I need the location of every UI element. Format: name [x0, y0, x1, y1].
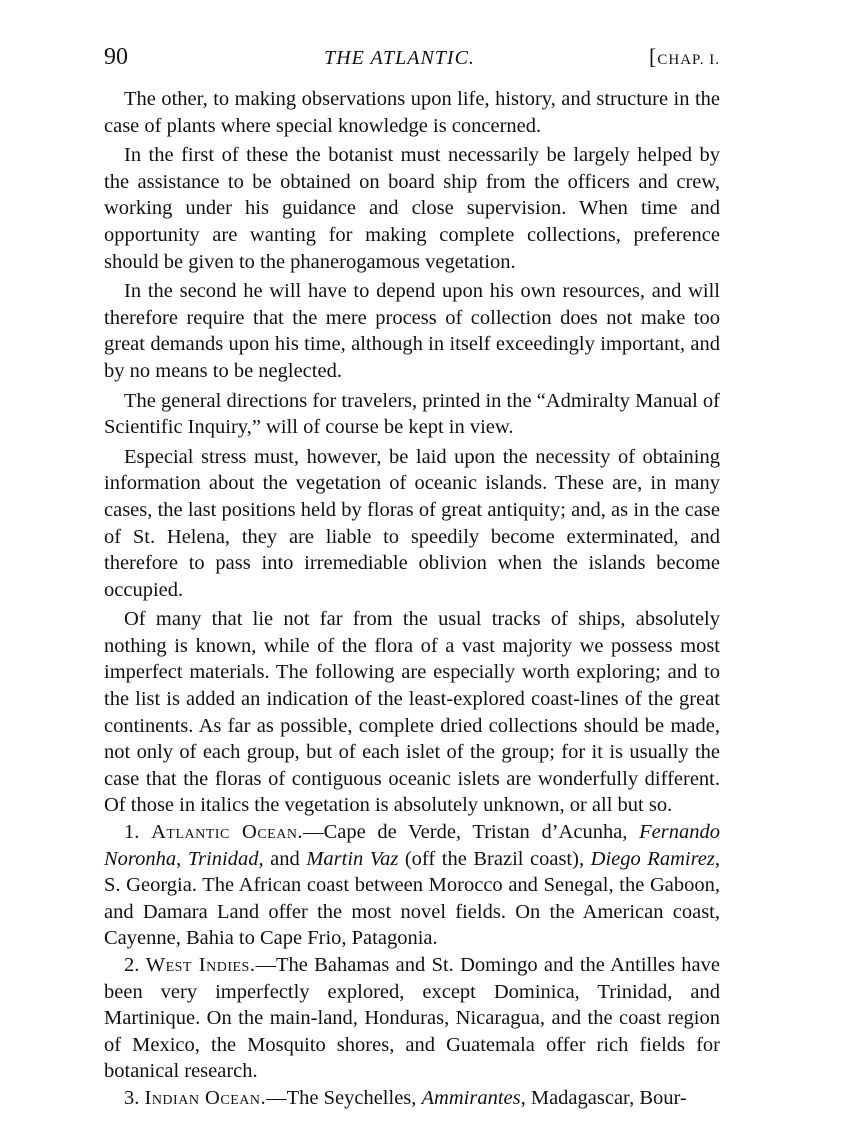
paragraph: The other, to making observations upon l…: [104, 86, 720, 139]
italic-place-name: Trinidad: [188, 848, 259, 870]
list-number: 1.: [124, 821, 139, 843]
list-text: —Cape de Verde, Tristan d’Acunha,: [303, 821, 639, 843]
list-paragraph: 3. Indian Ocean.—The Seychelles, Ammiran…: [104, 1085, 720, 1112]
paragraph: In the second he will have to depend upo…: [104, 278, 720, 384]
list-paragraph: 2. West Indies.—The Bahamas and St. Domi…: [104, 952, 720, 1085]
list-number: 2.: [124, 954, 139, 976]
paragraph: Of many that lie not far from the usual …: [104, 606, 720, 819]
italic-place-name: Martin Vaz: [306, 848, 398, 870]
list-text: , and: [258, 848, 306, 870]
paragraph: In the first of these the botanist must …: [104, 142, 720, 275]
list-item: 1. Atlantic Ocean.—Cape de Verde, Trista…: [104, 819, 720, 952]
list-item: 2. West Indies.—The Bahamas and St. Domi…: [104, 952, 720, 1085]
list-heading: West Indies.: [146, 954, 256, 976]
paragraph: The general directions for travelers, pr…: [104, 388, 720, 441]
list-heading: Indian Ocean.: [145, 1087, 267, 1109]
running-head: 90 THE ATLANTIC. [CHAP. I.: [104, 44, 720, 74]
book-page: 90 THE ATLANTIC. [CHAP. I. The other, to…: [104, 44, 720, 1112]
list-text: , Madagascar, Bour-: [521, 1087, 687, 1109]
italic-place-name: Ammirantes: [422, 1087, 521, 1109]
list-paragraph: 1. Atlantic Ocean.—Cape de Verde, Trista…: [104, 819, 720, 952]
list-body: —The Seychelles, Ammirantes, Madagascar,…: [266, 1087, 687, 1109]
body-text: The other, to making observations upon l…: [104, 86, 720, 819]
page-number: 90: [104, 44, 128, 71]
italic-place-name: Diego Ramirez: [591, 848, 715, 870]
list-text: ,: [176, 848, 188, 870]
list-item: 3. Indian Ocean.—The Seychelles, Ammiran…: [104, 1085, 720, 1112]
chapter-label: [CHAP. I.: [649, 44, 720, 70]
list-text: (off the Brazil coast),: [398, 848, 590, 870]
running-title: THE ATLANTIC.: [324, 47, 475, 70]
paragraph: Especial stress must, however, be laid u…: [104, 444, 720, 604]
list-heading: Atlantic Ocean.: [151, 821, 303, 843]
chapter-text: CHAP. I.: [657, 52, 720, 68]
list-text: —The Seychelles,: [266, 1087, 421, 1109]
list-number: 3.: [124, 1087, 139, 1109]
region-list: 1. Atlantic Ocean.—Cape de Verde, Trista…: [104, 819, 720, 1112]
